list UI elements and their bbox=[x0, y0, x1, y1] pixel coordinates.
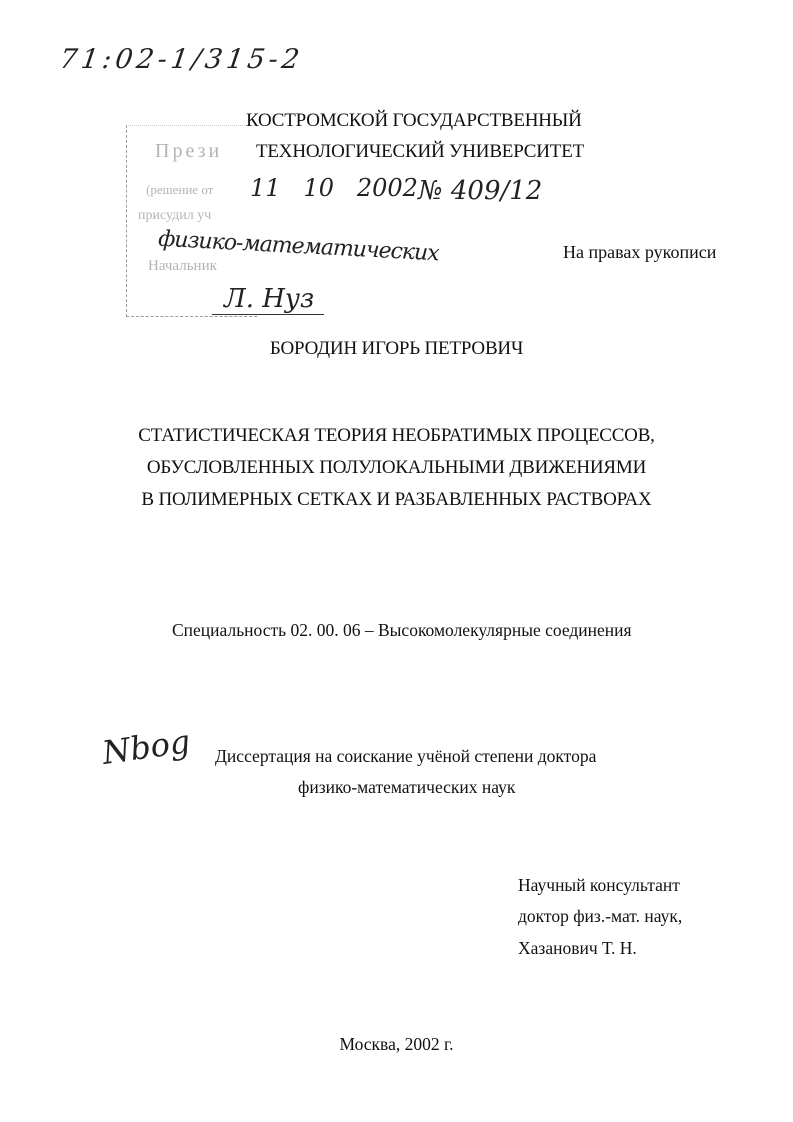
thesis-title-line1: СТАТИСТИЧЕСКАЯ ТЕОРИЯ НЕОБРАТИМЫХ ПРОЦЕС… bbox=[0, 425, 793, 447]
author-name: БОРОДИН ИГОРЬ ПЕТРОВИЧ bbox=[0, 338, 793, 360]
stamp-signature-handwritten: Л. Нуз bbox=[212, 284, 324, 315]
stamp-line-decision: (решение от bbox=[146, 182, 213, 198]
thesis-title-line2: ОБУСЛОВЛЕННЫХ ПОЛУЛОКАЛЬНЫМИ ДВИЖЕНИЯМИ bbox=[0, 457, 793, 479]
dissertation-degree-line2: физико-математических наук bbox=[298, 777, 515, 798]
consultant-name: Хазанович Т. Н. bbox=[518, 938, 637, 959]
university-name-line1: КОСТРОМСКОЙ ГОСУДАРСТВЕННЫЙ bbox=[246, 110, 582, 132]
margin-signature-handwritten: Nbog bbox=[100, 722, 193, 772]
specialty: Специальность 02. 00. 06 – Высокомолекул… bbox=[172, 620, 632, 641]
rights-note: На правах рукописи bbox=[563, 242, 716, 263]
dissertation-degree-line1: Диссертация на соискание учёной степени … bbox=[215, 746, 596, 767]
stamp-date-handwritten: 11 10 2002 bbox=[250, 174, 418, 202]
consultant-degree: доктор физ.-мат. наук, bbox=[518, 906, 682, 927]
university-name-line2: ТЕХНОЛОГИЧЕСКИЙ УНИВЕРСИТЕТ bbox=[256, 141, 584, 163]
consultant-role: Научный консультант bbox=[518, 875, 680, 896]
thesis-title-line3: В ПОЛИМЕРНЫХ СЕТКАХ И РАЗБАВЛЕННЫХ РАСТВ… bbox=[0, 489, 793, 511]
stamp-line-head: Начальник bbox=[148, 258, 217, 275]
stamp-line-awarded: присудил уч bbox=[138, 208, 211, 224]
place-and-year: Москва, 2002 г. bbox=[0, 1034, 793, 1055]
stamp-number-handwritten: № 409/12 bbox=[418, 176, 542, 206]
archive-code-handwritten: 71:02-1/315-2 bbox=[58, 44, 305, 75]
stamp-line-presidium: Прези bbox=[155, 140, 222, 163]
